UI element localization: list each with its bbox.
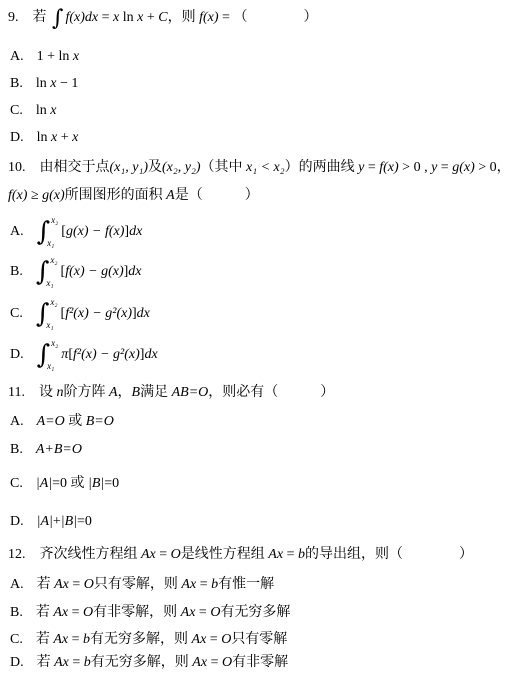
option-formula: π[f²(x) − g²(x)]dx: [61, 345, 157, 365]
text-segment-cn: 9. 若: [8, 10, 50, 25]
text-segment-mr: ln: [36, 76, 50, 91]
text-segment-mr: +: [57, 130, 72, 145]
option-formula: ln x: [36, 101, 57, 121]
integral-bounds: x₂ x₁: [51, 339, 58, 371]
text-segment-cn: ，: [118, 385, 132, 400]
text-segment-m: Ax: [141, 547, 156, 562]
text-segment-cn: 有无穷多解，则: [90, 632, 192, 647]
text-segment-cn: 所围图形的面积: [65, 188, 167, 203]
option-text: 若 Ax = b有无穷多解，则 Ax = O有非零解: [37, 653, 288, 673]
option-label: D.: [10, 345, 24, 365]
text-segment-cn: ，: [497, 160, 511, 175]
option-formula: ln x − 1: [36, 74, 79, 94]
text-segment-cn: 10. 由相交于点: [8, 160, 110, 175]
option-formula: A+B=O: [36, 440, 82, 460]
text-segment-mr: =: [195, 605, 210, 620]
question-10-stem-line1: 10. 由相交于点(x₁, y₁)及(x₂, y₂)（其中 x₁ < x₂）的两…: [8, 158, 511, 178]
option-label: A.: [10, 412, 24, 432]
exam-page: 9. 若 ∫f(x)dx = x ln x + C，则 f(x) = （ ） A…: [0, 0, 523, 674]
question-11-option-a: A. A=O 或 B=O: [10, 412, 114, 432]
text-segment-mr: =: [283, 547, 298, 562]
text-segment-cn: 11. 设: [8, 385, 56, 400]
text-segment-mr: > 0: [475, 160, 497, 175]
option-label: D.: [10, 653, 24, 673]
text-segment-mr: =: [364, 160, 379, 175]
option-text: 若 Ax = O有非零解，则 Ax = O有无穷多解: [36, 603, 291, 623]
text-segment-m: f(x): [379, 160, 398, 175]
text-segment-m: f²(x) − g²(x): [73, 347, 140, 362]
text-segment-m: |A|: [36, 476, 52, 491]
text-segment-cn: （其中: [201, 160, 247, 175]
text-segment-m: B=O: [86, 414, 114, 429]
question-12-option-b: B. 若 Ax = O有非零解，则 Ax = O有无穷多解: [10, 603, 290, 623]
text-segment-cn: 或: [65, 414, 86, 429]
text-segment-mr: =: [219, 10, 234, 25]
question-10-option-b: B. ∫ x₂ x₁ [f(x) − g(x)]dx: [10, 254, 142, 290]
text-segment-cn: （ ）: [233, 10, 317, 25]
question-12-option-c: C. 若 Ax = b有无穷多解，则 Ax = O只有零解: [10, 630, 287, 650]
text-segment-cn: 或: [71, 476, 89, 491]
text-segment-m: dx: [144, 347, 157, 362]
text-segment-mr: ≥: [27, 188, 42, 203]
text-segment-mr: =: [156, 547, 171, 562]
text-segment-cn: 只有零解: [231, 632, 287, 647]
text-segment-mr: − 1: [56, 76, 78, 91]
text-segment-mr: > 0 ,: [399, 160, 431, 175]
integral-upper-bound: x₂: [51, 339, 58, 348]
text-segment-m: A: [109, 385, 118, 400]
text-segment-cn: 满足: [140, 385, 172, 400]
text-segment-mr: =: [68, 605, 83, 620]
integral-upper-bound: x₂: [50, 298, 57, 307]
text-segment-cn: ）的两曲线: [285, 160, 359, 175]
text-segment-cn: 是线性方程组: [181, 547, 269, 562]
text-segment-cn: 有惟一解: [218, 577, 274, 592]
question-9-option-c: C. ln x: [10, 101, 56, 121]
text-segment-m: f(x): [8, 188, 27, 203]
option-label: B.: [10, 262, 23, 282]
text-segment-mr: 1 + ln: [37, 49, 73, 64]
text-segment-m: A+B=O: [36, 442, 82, 457]
question-12-option-d: D. 若 Ax = b有无穷多解，则 Ax = O有非零解: [10, 653, 288, 673]
integral-bounds: x₂ x₁: [50, 256, 57, 288]
text-segment-cn: 只有零解，则: [94, 577, 182, 592]
text-segment-cn: 及: [148, 160, 162, 175]
text-segment-m: |B|: [61, 514, 77, 529]
text-segment-mr: =0: [52, 476, 70, 491]
integral-lower-bound: x₁: [46, 321, 57, 330]
option-formula: 1 + ln x: [37, 47, 80, 67]
integral-upper-bound: x₂: [51, 216, 58, 225]
text-segment-m: Ax: [54, 655, 69, 670]
text-segment-m: O: [210, 605, 220, 620]
question-11-option-c: C. |A|=0 或 |B|=0: [10, 474, 119, 494]
option-text: 若 Ax = O只有零解，则 Ax = b有惟一解: [37, 575, 274, 595]
text-segment-m: Ax: [181, 577, 196, 592]
integral-sign-with-bounds: ∫ x₂ x₁: [36, 297, 58, 331]
text-segment-cn: 有非零解，则: [93, 605, 181, 620]
integral-sign-with-bounds: ∫ x₂ x₁: [36, 255, 58, 289]
integral-lower-bound: x₁: [47, 239, 58, 248]
text-segment-mr: =: [68, 632, 83, 647]
text-segment-mr: +: [53, 514, 61, 529]
integral-sign-with-bounds: ∫ x₂ x₁: [37, 215, 59, 249]
text-segment-mr: ln: [37, 130, 51, 145]
text-segment-m: |A|: [37, 514, 53, 529]
text-segment-int: ∫: [52, 6, 63, 31]
text-segment-m: dx: [137, 306, 150, 321]
text-segment-m: b: [84, 655, 91, 670]
text-segment-cn: 若: [37, 577, 55, 592]
question-9-option-b: B. ln x − 1: [10, 74, 78, 94]
option-label: C.: [10, 304, 23, 324]
text-segment-mr: =0: [104, 476, 119, 491]
text-segment-m: |B|: [88, 476, 104, 491]
text-segment-m: f(x)dx: [65, 10, 98, 25]
option-label: B.: [10, 74, 23, 94]
text-segment-m: g(x) − f(x): [66, 224, 124, 239]
option-label: D.: [10, 128, 24, 148]
option-formula: |A|+|B|=0: [37, 512, 92, 532]
option-label: D.: [10, 512, 24, 532]
text-segment-mr: ln: [36, 103, 50, 118]
text-segment-m: O: [171, 547, 181, 562]
option-label: A.: [10, 222, 24, 242]
text-segment-cn: 若: [37, 655, 55, 670]
text-segment-m: x: [73, 49, 79, 64]
text-segment-cn: 是（ ）: [175, 188, 259, 203]
text-segment-m: A=O: [37, 414, 65, 429]
text-segment-cn: 若: [36, 632, 54, 647]
question-11-option-d: D. |A|+|B|=0: [10, 512, 92, 532]
text-segment-m: g(x): [452, 160, 475, 175]
option-formula: [g(x) − f(x)]dx: [61, 222, 142, 242]
text-segment-m: b: [298, 547, 305, 562]
option-label: A.: [10, 575, 24, 595]
text-segment-cn: 的导出组，则（ ）: [305, 547, 473, 562]
text-segment-m: b: [83, 632, 90, 647]
option-label: C.: [10, 630, 23, 650]
text-segment-mr: =: [196, 577, 211, 592]
question-12-option-a: A. 若 Ax = O只有零解，则 Ax = b有惟一解: [10, 575, 274, 595]
text-segment-mr: =0: [77, 514, 92, 529]
text-segment-m: f(x) − g(x): [65, 264, 123, 279]
question-9-stem: 9. 若 ∫f(x)dx = x ln x + C，则 f(x) = （ ）: [8, 8, 317, 30]
text-segment-cn: 阶方阵: [63, 385, 109, 400]
question-11-stem: 11. 设 n阶方阵 A，B满足 AB=O，则必有（ ）: [8, 383, 334, 403]
text-segment-m: x: [50, 103, 56, 118]
text-segment-m: O: [84, 577, 94, 592]
text-segment-cn: 有无穷多解: [220, 605, 290, 620]
text-segment-mr: =: [69, 655, 84, 670]
question-10-stem-line2: f(x) ≥ g(x)所围图形的面积 A是（ ）: [8, 186, 259, 206]
integral-bounds: x₂ x₁: [51, 216, 58, 248]
text-segment-m: Ax: [192, 655, 207, 670]
text-segment-m: AB=O: [172, 385, 209, 400]
option-formula: A=O 或 B=O: [37, 412, 114, 432]
text-segment-mr: =: [437, 160, 452, 175]
text-segment-m: Ax: [192, 632, 207, 647]
text-segment-m: C: [158, 10, 167, 25]
text-segment-mr: +: [143, 10, 158, 25]
integral-lower-bound: x₁: [46, 279, 57, 288]
text-segment-cn: 有无穷多解，则: [91, 655, 193, 670]
text-segment-cn: 12. 齐次线性方程组: [8, 547, 141, 562]
question-11-option-b: B. A+B=O: [10, 440, 82, 460]
option-formula: ln x + x: [37, 128, 79, 148]
text-segment-m: (x₁, y₁): [110, 160, 149, 175]
option-text: 若 Ax = b有无穷多解，则 Ax = O只有零解: [36, 630, 287, 650]
text-segment-mr: =: [207, 655, 222, 670]
option-formula: [f²(x) − g²(x)]dx: [61, 304, 150, 324]
integral-upper-bound: x₂: [50, 256, 57, 265]
text-segment-m: f(x): [199, 10, 218, 25]
text-segment-m: (x₂, y₂): [162, 160, 201, 175]
text-segment-m: x: [72, 130, 78, 145]
text-segment-m: Ax: [181, 605, 196, 620]
option-label: B.: [10, 440, 23, 460]
text-segment-m: f²(x) − g²(x): [65, 306, 132, 321]
question-12-stem: 12. 齐次线性方程组 Ax = O是线性方程组 Ax = b的导出组，则（ ）: [8, 545, 473, 565]
integral-sign-with-bounds: ∫ x₂ x₁: [37, 338, 59, 372]
text-segment-m: B: [132, 385, 141, 400]
option-formula: [f(x) − g(x)]dx: [61, 262, 142, 282]
text-segment-m: Ax: [54, 577, 69, 592]
option-label: C.: [10, 474, 23, 494]
text-segment-m: Ax: [53, 605, 68, 620]
option-label: B.: [10, 603, 23, 623]
text-segment-m: g(x): [42, 188, 65, 203]
integral-lower-bound: x₁: [47, 362, 58, 371]
option-label: C.: [10, 101, 23, 121]
text-segment-m: A: [166, 188, 175, 203]
question-10-option-a: A. ∫ x₂ x₁ [g(x) − f(x)]dx: [10, 214, 142, 250]
text-segment-m: x₁ < x₂: [246, 160, 285, 175]
question-9-option-d: D. ln x + x: [10, 128, 78, 148]
option-formula: |A|=0 或 |B|=0: [36, 474, 119, 494]
text-segment-m: Ax: [268, 547, 283, 562]
question-10-option-d: D. ∫ x₂ x₁ π[f²(x) − g²(x)]dx: [10, 337, 158, 373]
text-segment-mr: =: [98, 10, 113, 25]
integral-bounds: x₂ x₁: [50, 298, 57, 330]
text-segment-cn: 有非零解: [232, 655, 288, 670]
text-segment-cn: ，则: [168, 10, 200, 25]
text-segment-m: dx: [129, 224, 142, 239]
text-segment-cn: ，则必有（ ）: [208, 385, 334, 400]
text-segment-m: O: [222, 655, 232, 670]
text-segment-cn: 若: [36, 605, 54, 620]
text-segment-mr: =: [69, 577, 84, 592]
question-9-option-a: A. 1 + ln x: [10, 47, 79, 67]
text-segment-mr: =: [206, 632, 221, 647]
text-segment-mr: ln: [119, 10, 137, 25]
text-segment-m: dx: [128, 264, 141, 279]
option-label: A.: [10, 47, 24, 67]
text-segment-m: O: [221, 632, 231, 647]
question-10-option-c: C. ∫ x₂ x₁ [f²(x) − g²(x)]dx: [10, 296, 150, 332]
text-segment-m: O: [83, 605, 93, 620]
text-segment-m: Ax: [53, 632, 68, 647]
